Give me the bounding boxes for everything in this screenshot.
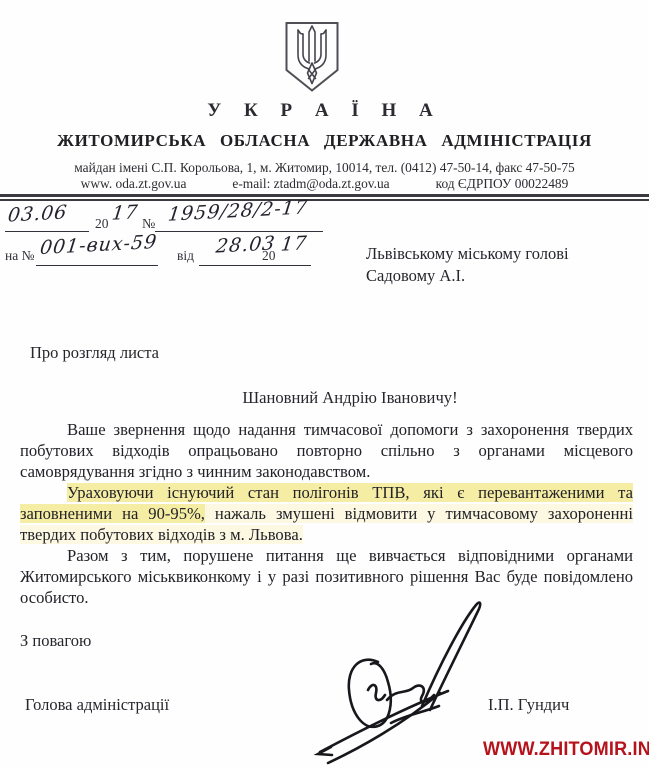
salutation: Шановний Андрію Івановичу! [70,388,630,408]
organization-name: ЖИТОМИРСЬКА ОБЛАСНА ДЕРЖАВНА АДМІНІСТРАЦ… [0,131,649,151]
recipient-title: Львівському міському голові [366,243,569,265]
subject-line: Про розгляд листа [30,343,159,363]
from-label: від [177,248,194,264]
signer-name: І.П. Гундич [488,695,569,715]
year-prefix-label: 20 [95,216,109,232]
site-watermark: WWW.ZHITOMIR.INFO [483,739,649,761]
recipient-block: Львівському міському голові Садовому А.І… [366,243,569,287]
handwritten-reply-year: 17 [280,232,309,256]
body-paragraph-1: Ваше звернення щодо надання тимчасової д… [20,419,633,482]
reply-year-prefix-label: 20 [262,248,276,264]
signer-position: Голова адміністрації [25,695,169,715]
handwritten-date: 03.06 [7,201,69,226]
letter-body: Ваше звернення щодо надання тимчасової д… [20,419,633,608]
country-name: У К Р А Ї Н А [0,100,649,122]
handwritten-signature-icon [288,594,493,768]
org-edrpou-code: код ЄДРПОУ 00022489 [436,176,569,192]
regards-line: З повагою [20,631,91,651]
scanned-letter-page: У К Р А Ї Н А ЖИТОМИРСЬКА ОБЛАСНА ДЕРЖАВ… [0,0,649,768]
body-paragraph-2: Ураховуючи існуючий стан полігонів ТПВ, … [20,482,633,545]
letterhead-divider [0,194,649,201]
ukraine-trident-emblem-icon [282,19,342,100]
handwritten-year: 17 [111,201,140,225]
org-email: e-mail: ztadm@oda.zt.gov.ua [232,176,389,192]
recipient-name: Садовому А.І. [366,265,569,287]
reply-to-label: на № [5,248,34,264]
org-website: www. oda.zt.gov.ua [81,176,187,192]
org-contact-line: www. oda.zt.gov.ua e-mail: ztadm@oda.zt.… [0,176,649,192]
org-address-line: майдан імені С.П. Корольова, 1, м. Житом… [0,160,649,176]
